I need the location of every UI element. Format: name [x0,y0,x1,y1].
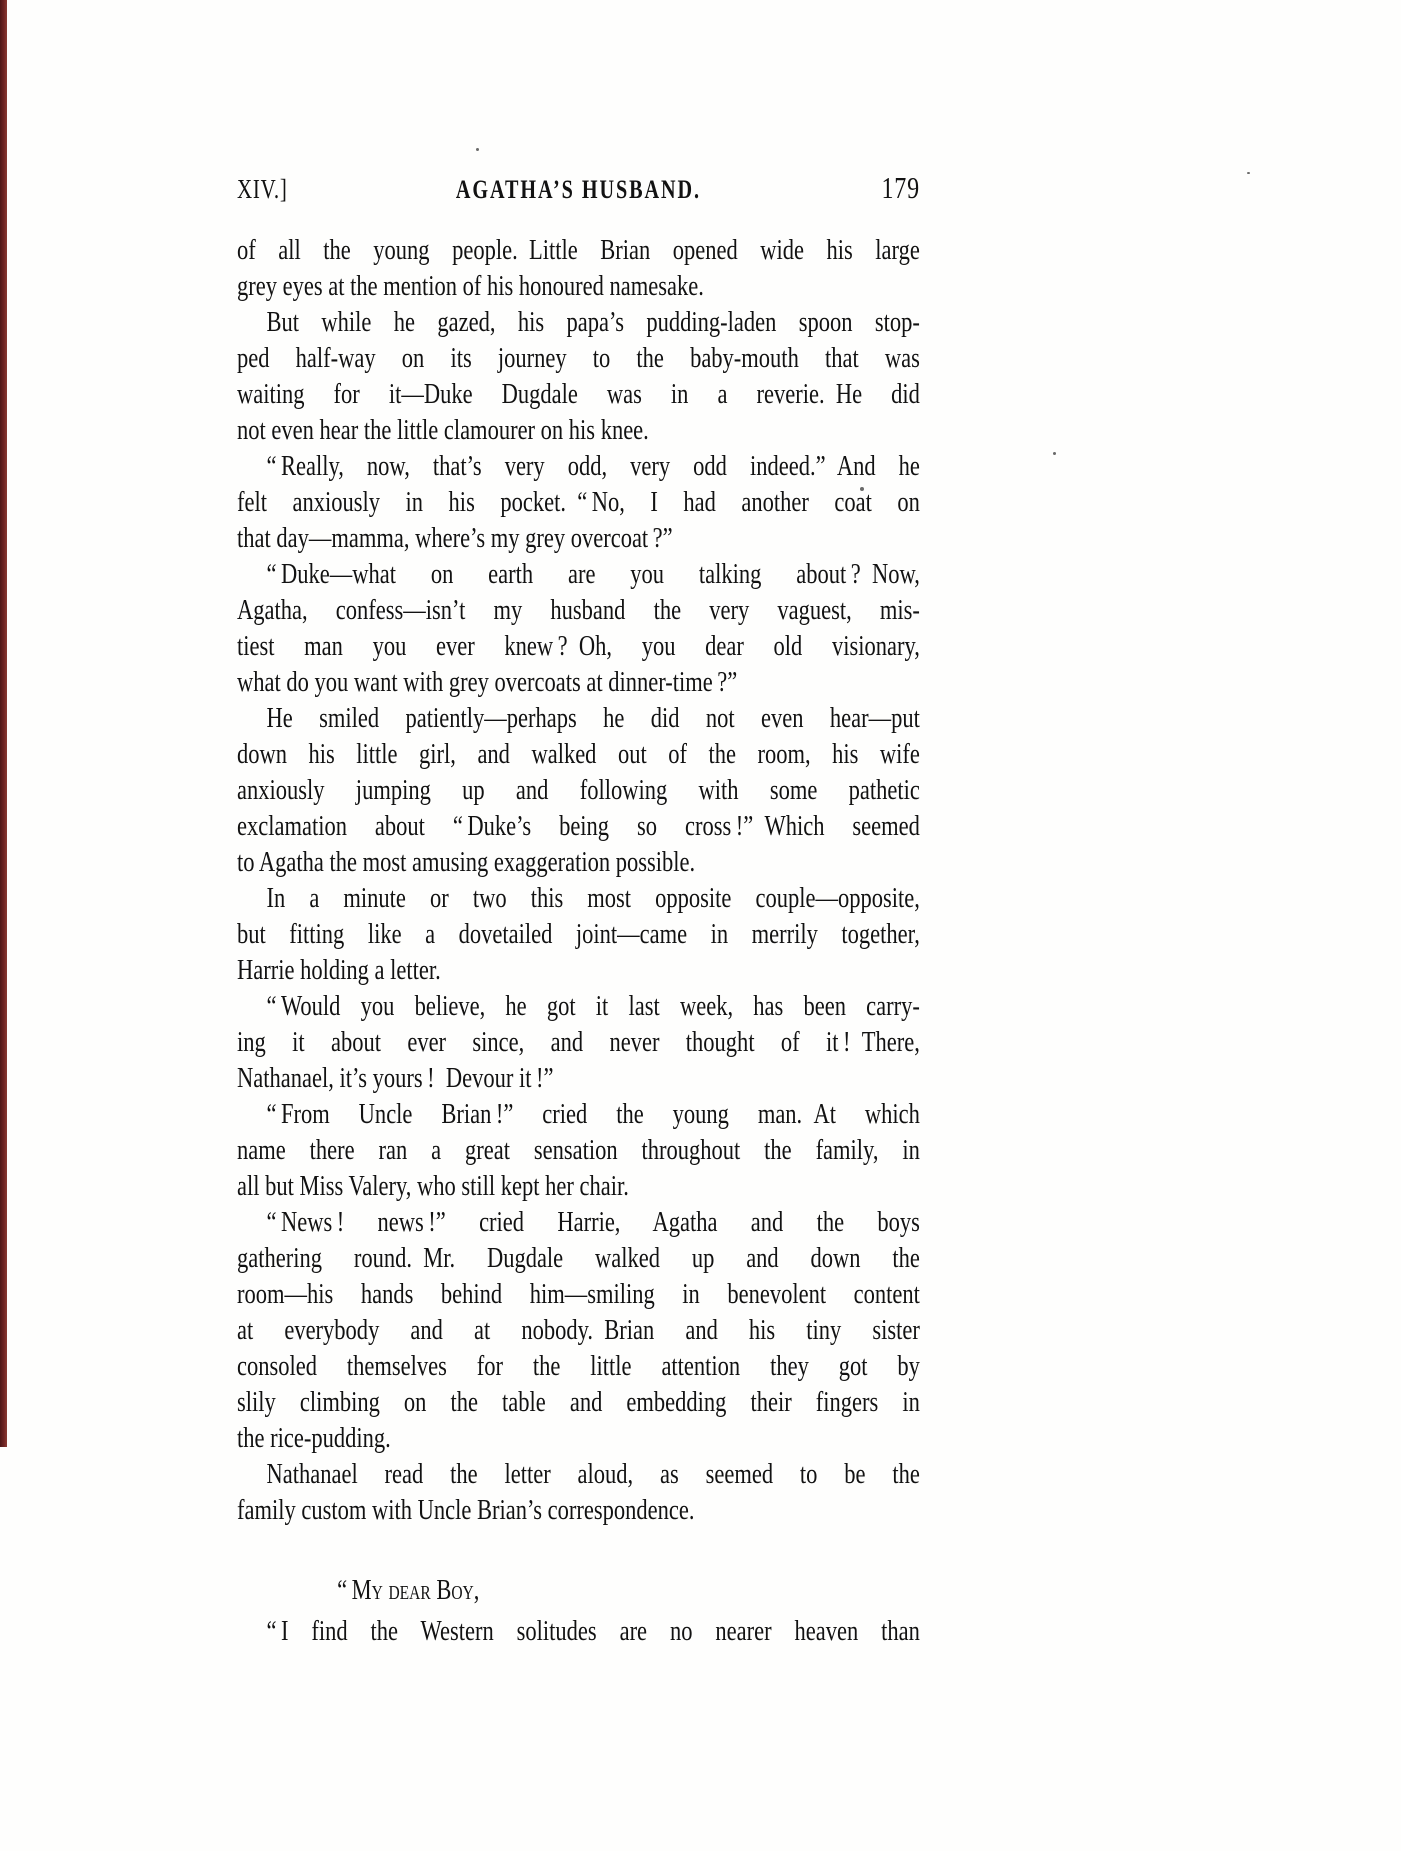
text-line: “ Duke—what on earth are you talking abo… [237,556,920,592]
scanned-book-page: { "page": { "header": { "chapter": "XIV.… [0,0,1401,1851]
text-line: of all the young people. Little Brian op… [237,232,920,268]
text-line: But while he gazed, his papa’s pudding-l… [237,304,920,340]
text-line: all but Miss Valery, who still kept her … [237,1168,920,1204]
text-line: Nathanael read the letter aloud, as seem… [237,1456,920,1492]
letter-salutation: “ My dear Boy, [237,1570,920,1610]
text-line: grey eyes at the mention of his honoured… [237,268,920,304]
page-text-block: XIV.] AGATHA’S HUSBAND. 179 of all the y… [237,170,920,1652]
text-line: family custom with Uncle Brian’s corresp… [237,1492,920,1528]
text-line: room—his hands behind him—smiling in ben… [237,1276,920,1312]
running-title: AGATHA’S HUSBAND. [237,175,920,205]
letter-opening-line: “ I find the Western solitudes are no ne… [237,1610,920,1652]
text-line: “ From Uncle Brian !” cried the young ma… [237,1096,920,1132]
text-line: felt anxiously in his pocket. “ No, I ha… [237,484,920,520]
body-text: of all the young people. Little Brian op… [237,232,920,1528]
text-line: He smiled patiently—perhaps he did not e… [237,700,920,736]
book-gutter-edge [0,0,7,1447]
page-number: 179 [881,170,919,206]
text-line: “ News ! news !” cried Harrie, Agatha an… [237,1204,920,1240]
text-line: to Agatha the most amusing exaggeration … [237,844,920,880]
text-line: consoled themselves for the little atten… [237,1348,920,1384]
text-line: Harrie holding a letter. [237,952,920,988]
text-line: not even hear the little clamourer on hi… [237,412,920,448]
text-line: waiting for it—Duke Dugdale was in a rev… [237,376,920,412]
letter-spacer [237,1528,920,1570]
text-line: that day—mamma, where’s my grey overcoat… [237,520,920,556]
scan-speck [1053,452,1056,455]
text-line: at everybody and at nobody. Brian and hi… [237,1312,920,1348]
text-line: exclamation about “ Duke’s being so cros… [237,808,920,844]
running-header: XIV.] AGATHA’S HUSBAND. 179 [237,170,920,206]
text-line: down his little girl, and walked out of … [237,736,920,772]
text-line: tiest man you ever knew ? Oh, you dear o… [237,628,920,664]
scan-speck [1247,172,1250,174]
text-line: what do you want with grey overcoats at … [237,664,920,700]
text-line: Agatha, confess—isn’t my husband the ver… [237,592,920,628]
text-line: but fitting like a dovetailed joint—came… [237,916,920,952]
text-line: “ Would you believe, he got it last week… [237,988,920,1024]
text-line: name there ran a great sensation through… [237,1132,920,1168]
text-line: ped half-way on its journey to the baby-… [237,340,920,376]
text-line: slily climbing on the table and embeddin… [237,1384,920,1420]
text-line: “ Really, now, that’s very odd, very odd… [237,448,920,484]
text-line: the rice-pudding. [237,1420,920,1456]
text-line: anxiously jumping up and following with … [237,772,920,808]
text-line: ing it about ever since, and never thoug… [237,1024,920,1060]
scan-speck [476,148,479,151]
text-line: In a minute or two this most opposite co… [237,880,920,916]
text-line: gathering round. Mr. Dugdale walked up a… [237,1240,920,1276]
text-line: Nathanael, it’s yours ! Devour it !” [237,1060,920,1096]
